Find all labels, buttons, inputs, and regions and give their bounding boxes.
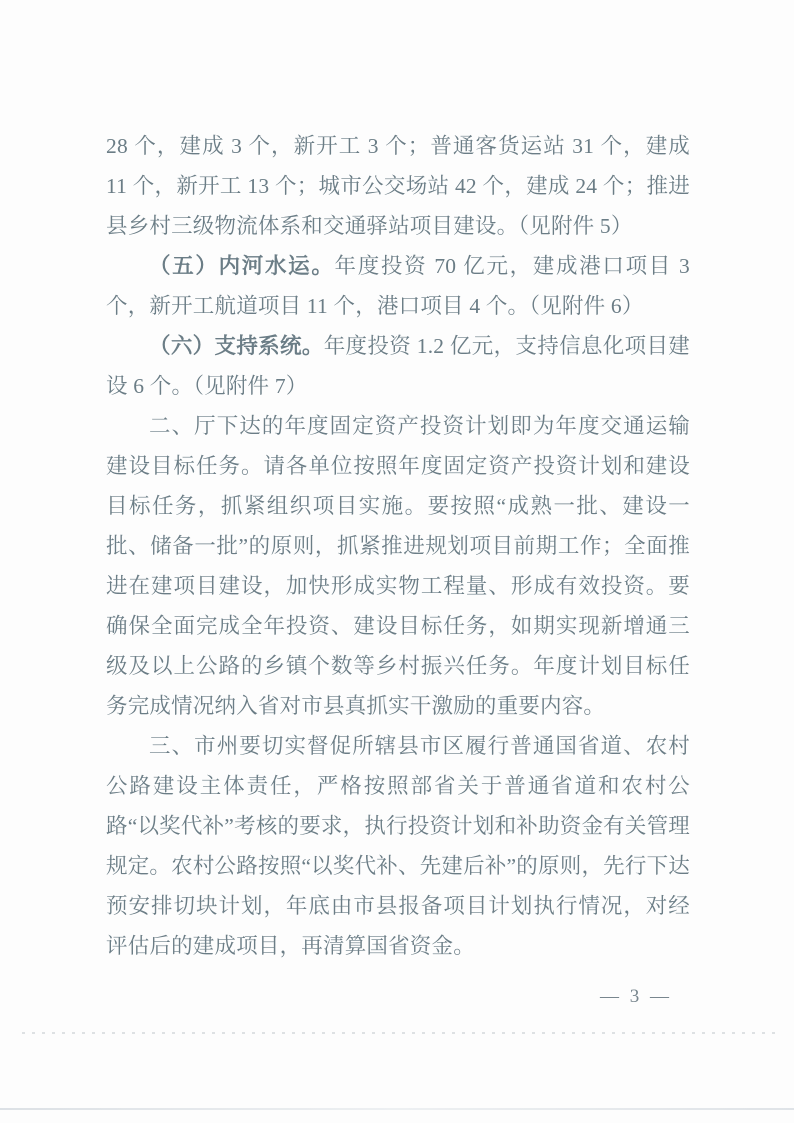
document-page: 28 个，建成 3 个，新开工 3 个；普通客货运站 31 个，建成 11 个，… <box>0 0 794 1123</box>
paragraph: （六）支持系统。年度投资 1.2 亿元，支持信息化项目建设 6 个。（见附件 7… <box>106 326 690 406</box>
paragraph-text-run: 二、厅下达的年度固定资产投资计划即为年度交通运输建设目标任务。请各单位按照年度固… <box>106 414 690 718</box>
document-body: 28 个，建成 3 个，新开工 3 个；普通客货运站 31 个，建成 11 个，… <box>106 126 690 966</box>
paragraph: 三、市州要切实督促所辖县市区履行普通国省道、农村公路建设主体责任，严格按照部省关… <box>106 726 690 966</box>
page-number: — 3 — <box>106 986 672 1008</box>
paragraph: 二、厅下达的年度固定资产投资计划即为年度交通运输建设目标任务。请各单位按照年度固… <box>106 406 690 726</box>
scan-artifact-line <box>0 1108 794 1110</box>
paragraph: 28 个，建成 3 个，新开工 3 个；普通客货运站 31 个，建成 11 个，… <box>106 126 690 246</box>
paragraph-text-run: 三、市州要切实督促所辖县市区履行普通国省道、农村公路建设主体责任，严格按照部省关… <box>106 734 690 958</box>
paragraph-heading-run: （五）内河水运。 <box>149 254 335 278</box>
paragraph-heading-run: （六）支持系统。 <box>149 334 324 358</box>
paragraph: （五）内河水运。年度投资 70 亿元，建成港口项目 3 个，新开工航道项目 11… <box>106 246 690 326</box>
scan-artifact-line <box>22 1032 782 1034</box>
paragraph-text-run: 28 个，建成 3 个，新开工 3 个；普通客货运站 31 个，建成 11 个，… <box>106 134 690 238</box>
